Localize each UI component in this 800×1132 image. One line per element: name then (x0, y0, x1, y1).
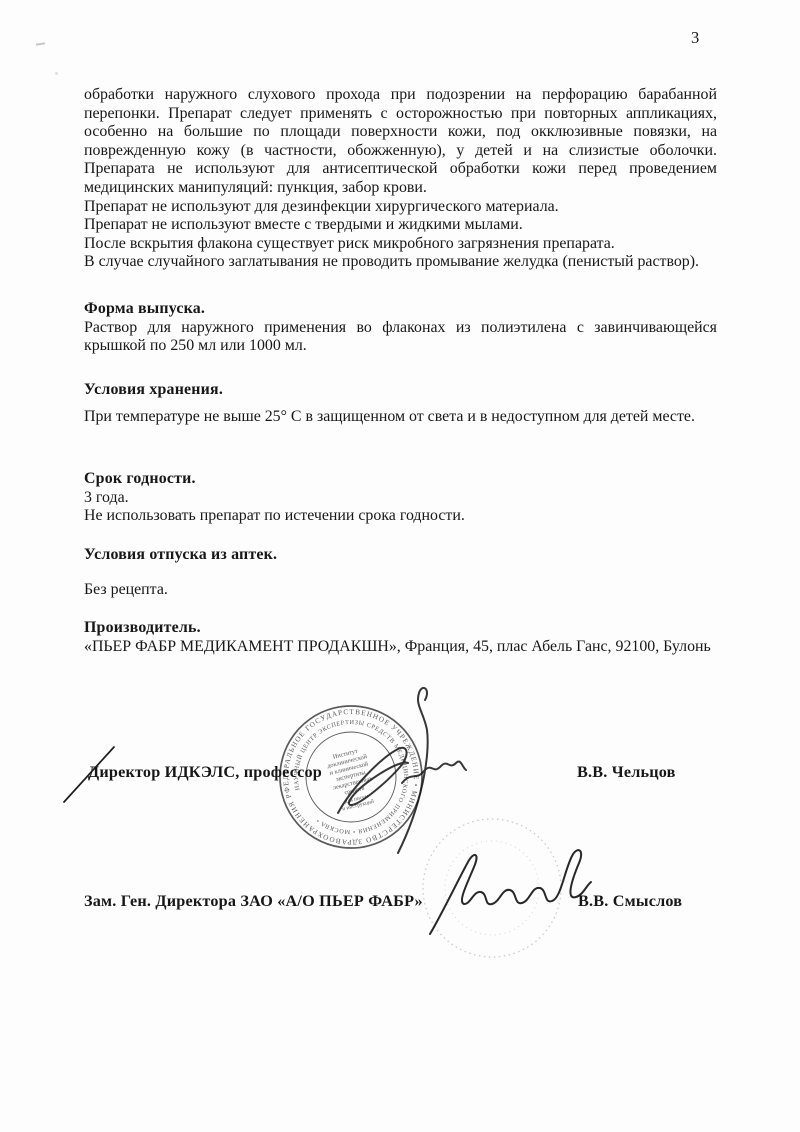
text-line: Препарат не используют вместе с твердыми… (84, 216, 717, 235)
section-heading: Производитель. (84, 619, 717, 638)
text-line: перепонки. Препарат следует применять с … (84, 105, 717, 124)
text-line: особенно на большие по площади поверхнос… (84, 123, 717, 142)
text-line: Без рецепта. (84, 581, 717, 600)
text-line: Раствор для наружного применения во флак… (84, 319, 717, 338)
text-line: Не использовать препарат по истечении ср… (84, 507, 717, 526)
scanned-document-page: 3 обработки наружного слухового прохода … (0, 0, 800, 1132)
section-heading: Срок годности. (84, 470, 717, 489)
section-shelf-life: Срок годности.3 года.Не использовать пре… (84, 470, 717, 526)
section-manufacturer: Производитель.«ПЬЕР ФАБР МЕДИКАМЕНТ ПРОД… (84, 619, 717, 656)
text-line: Препарата не используют для антисептичес… (84, 160, 717, 179)
text-line: медицинских манипуляций: пункция, забор … (84, 179, 717, 198)
signature-scrawl-second (420, 838, 600, 948)
section-heading: Форма выпуска. (84, 300, 717, 319)
text-line: крышкой по 250 мл или 1000 мл. (84, 337, 717, 356)
text-line: поврежденную кожу (в частности, обожженн… (84, 142, 717, 161)
scan-speck (55, 72, 58, 75)
signatory-title-deputy: Зам. Ген. Директора ЗАО «А/О ПЬЕР ФАБР» (84, 892, 423, 911)
page-number: 3 (691, 28, 699, 48)
scan-speck (36, 42, 45, 45)
text-line: После вскрытия флакона существует риск м… (84, 235, 717, 254)
text-line: обработки наружного слухового прохода пр… (84, 86, 717, 105)
section-dispensing-heading: Условия отпуска из аптек. (84, 546, 717, 565)
section-dispensing-text: Без рецепта. (84, 581, 717, 600)
text-line: 3 года. (84, 489, 717, 508)
text-line: При температуре не выше 25° С в защищенн… (84, 408, 717, 427)
section-heading: Условия хранения. (84, 381, 717, 400)
section-heading: Условия отпуска из аптек. (84, 546, 717, 565)
signatory-title-director: Директор ИДКЭЛС, профессор (88, 763, 322, 782)
section-form: Форма выпуска.Раствор для наружного прим… (84, 300, 717, 356)
signatory-name-cheltsov: В.В. Чельцов (577, 763, 676, 782)
text-line: «ПЬЕР ФАБР МЕДИКАМЕНТ ПРОДАКШН», Франция… (84, 638, 717, 657)
section-storage-heading: Условия хранения. (84, 381, 717, 400)
text-line: Препарат не используют для дезинфекции х… (84, 198, 717, 217)
section-storage-text: При температуре не выше 25° С в защищенн… (84, 408, 717, 427)
text-line: В случае случайного заглатывания не пров… (84, 253, 717, 272)
paragraph-precautions: обработки наружного слухового прохода пр… (84, 86, 717, 272)
